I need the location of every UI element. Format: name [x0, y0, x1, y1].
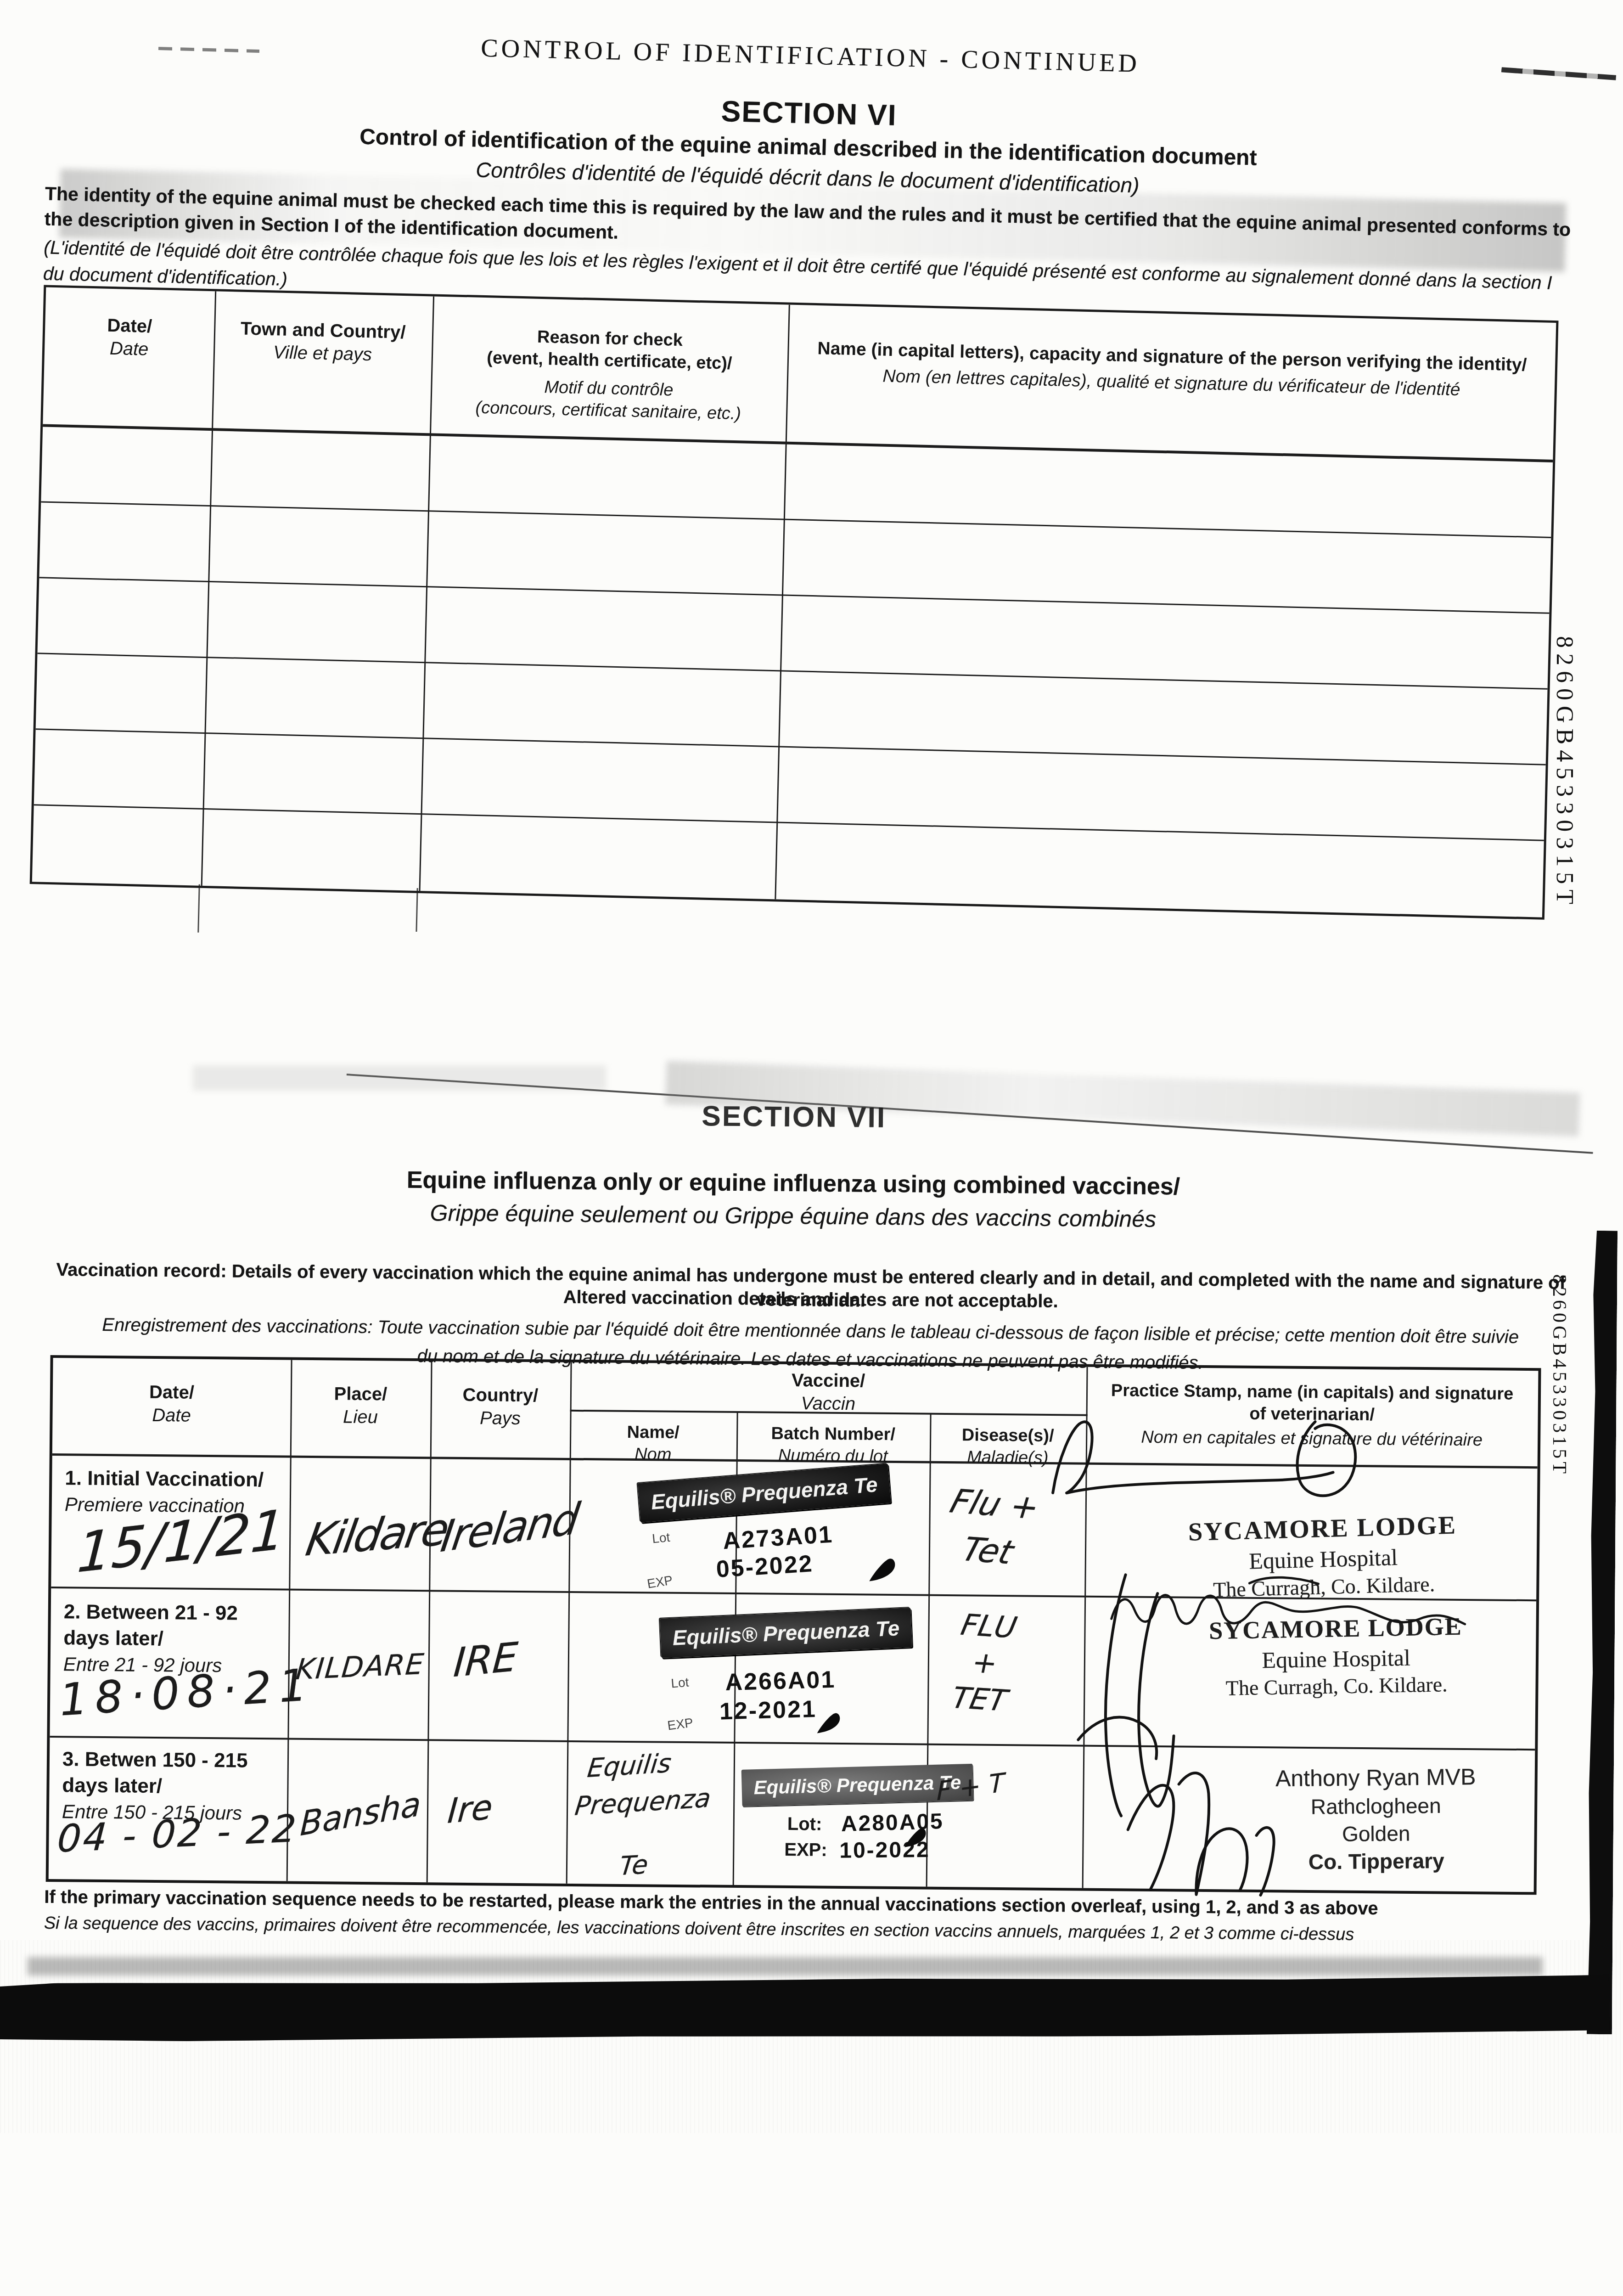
- identification-table: Date/ Date Town and Country/ Ville et pa…: [30, 285, 1559, 919]
- vaccination-table: Date/ Date Place/ Lieu Country/ Pays Vac…: [46, 1355, 1541, 1895]
- row2-place-handwritten: KILDARE: [294, 1647, 426, 1687]
- signature-scribble: [1100, 1747, 1303, 1905]
- lot-label: Lot: [651, 1530, 671, 1547]
- col-header-reason: Reason for check (event, health certific…: [430, 324, 788, 426]
- row2-disease-handwritten: FLU + TET: [943, 1608, 1024, 1718]
- expiry-value: 12-2021: [719, 1695, 817, 1726]
- row2-country-handwritten: IRE: [452, 1634, 519, 1687]
- ink-blot-icon: [866, 1553, 899, 1585]
- row1-place-handwritten: Kildare: [302, 1503, 451, 1566]
- col-header-town-country: Town and Country/ Ville et pays: [213, 316, 432, 367]
- exp-label: EXP:: [784, 1840, 827, 1861]
- row3-country-handwritten: Ire: [446, 1787, 494, 1831]
- vaccine-sticker: Equilis® Prequenza Te: [638, 1463, 891, 1523]
- vaccine-sticker: Equilis® Prequenza Te: [660, 1608, 912, 1658]
- page-title: CONTROL OF IDENTIFICATION - CONTINUED: [0, 22, 1622, 90]
- col-header-name-capacity: Name (in capital letters), capacity and …: [810, 338, 1534, 403]
- scanned-document-page: CONTROL OF IDENTIFICATION - CONTINUED SE…: [0, 0, 1623, 2296]
- ink-blot-icon: [902, 1823, 929, 1850]
- scan-line-stub: [197, 884, 200, 933]
- lot-label: Lot: [670, 1675, 689, 1691]
- section7-title: SECTION VII: [0, 1094, 1589, 1140]
- section7-block: SECTION VII Equine influenza only or equ…: [0, 1075, 1623, 1998]
- batch-number-value: A273A01: [722, 1521, 834, 1555]
- scan-line-stub: [416, 888, 418, 932]
- col-header-country: Country/ Pays: [430, 1383, 570, 1430]
- scan-black-bar: [0, 1975, 1609, 2042]
- row1-country-handwritten: Ireland: [438, 1494, 581, 1562]
- row3-place-handwritten: Bansha: [299, 1784, 422, 1844]
- batch-number-value: A266A01: [725, 1666, 836, 1696]
- exp-label: EXP: [646, 1573, 674, 1592]
- exp-label: EXP: [667, 1715, 694, 1733]
- expiry-value: 05-2022: [715, 1550, 814, 1583]
- col-header-place: Place/ Lieu: [290, 1382, 431, 1429]
- row1-disease-handwritten: Flu + Tet: [932, 1482, 1045, 1572]
- section6-block: CONTROL OF IDENTIFICATION - CONTINUED SE…: [0, 0, 1623, 979]
- lot-label: Lot:: [787, 1814, 822, 1835]
- row3-vaccine-name-handwritten: Equilis Prequenza Te: [574, 1742, 717, 1888]
- scan-smudge: [28, 1957, 1543, 1975]
- col-header-batch-number: Batch Number/ Numéro du lot: [736, 1423, 930, 1468]
- vaccination-row-3: 3. Betwen 150 - 215 days later/ Entre 15…: [49, 1738, 1535, 1889]
- col-header-date: Date/ Date: [45, 313, 214, 363]
- vaccination-row-1: 1. Initial Vaccination/ Premiere vaccina…: [51, 1456, 1537, 1599]
- col-header-vaccine: Vaccine/ Vaccin: [570, 1367, 1087, 1418]
- col-header-vaccine-name: Name/ Nom: [570, 1421, 737, 1466]
- signature-scribble: [1039, 1406, 1389, 1519]
- document-serial-number: 8260GB45330315T: [1551, 636, 1578, 910]
- col-header-date: Date/ Date: [52, 1380, 291, 1428]
- ink-blot-icon: [814, 1708, 843, 1737]
